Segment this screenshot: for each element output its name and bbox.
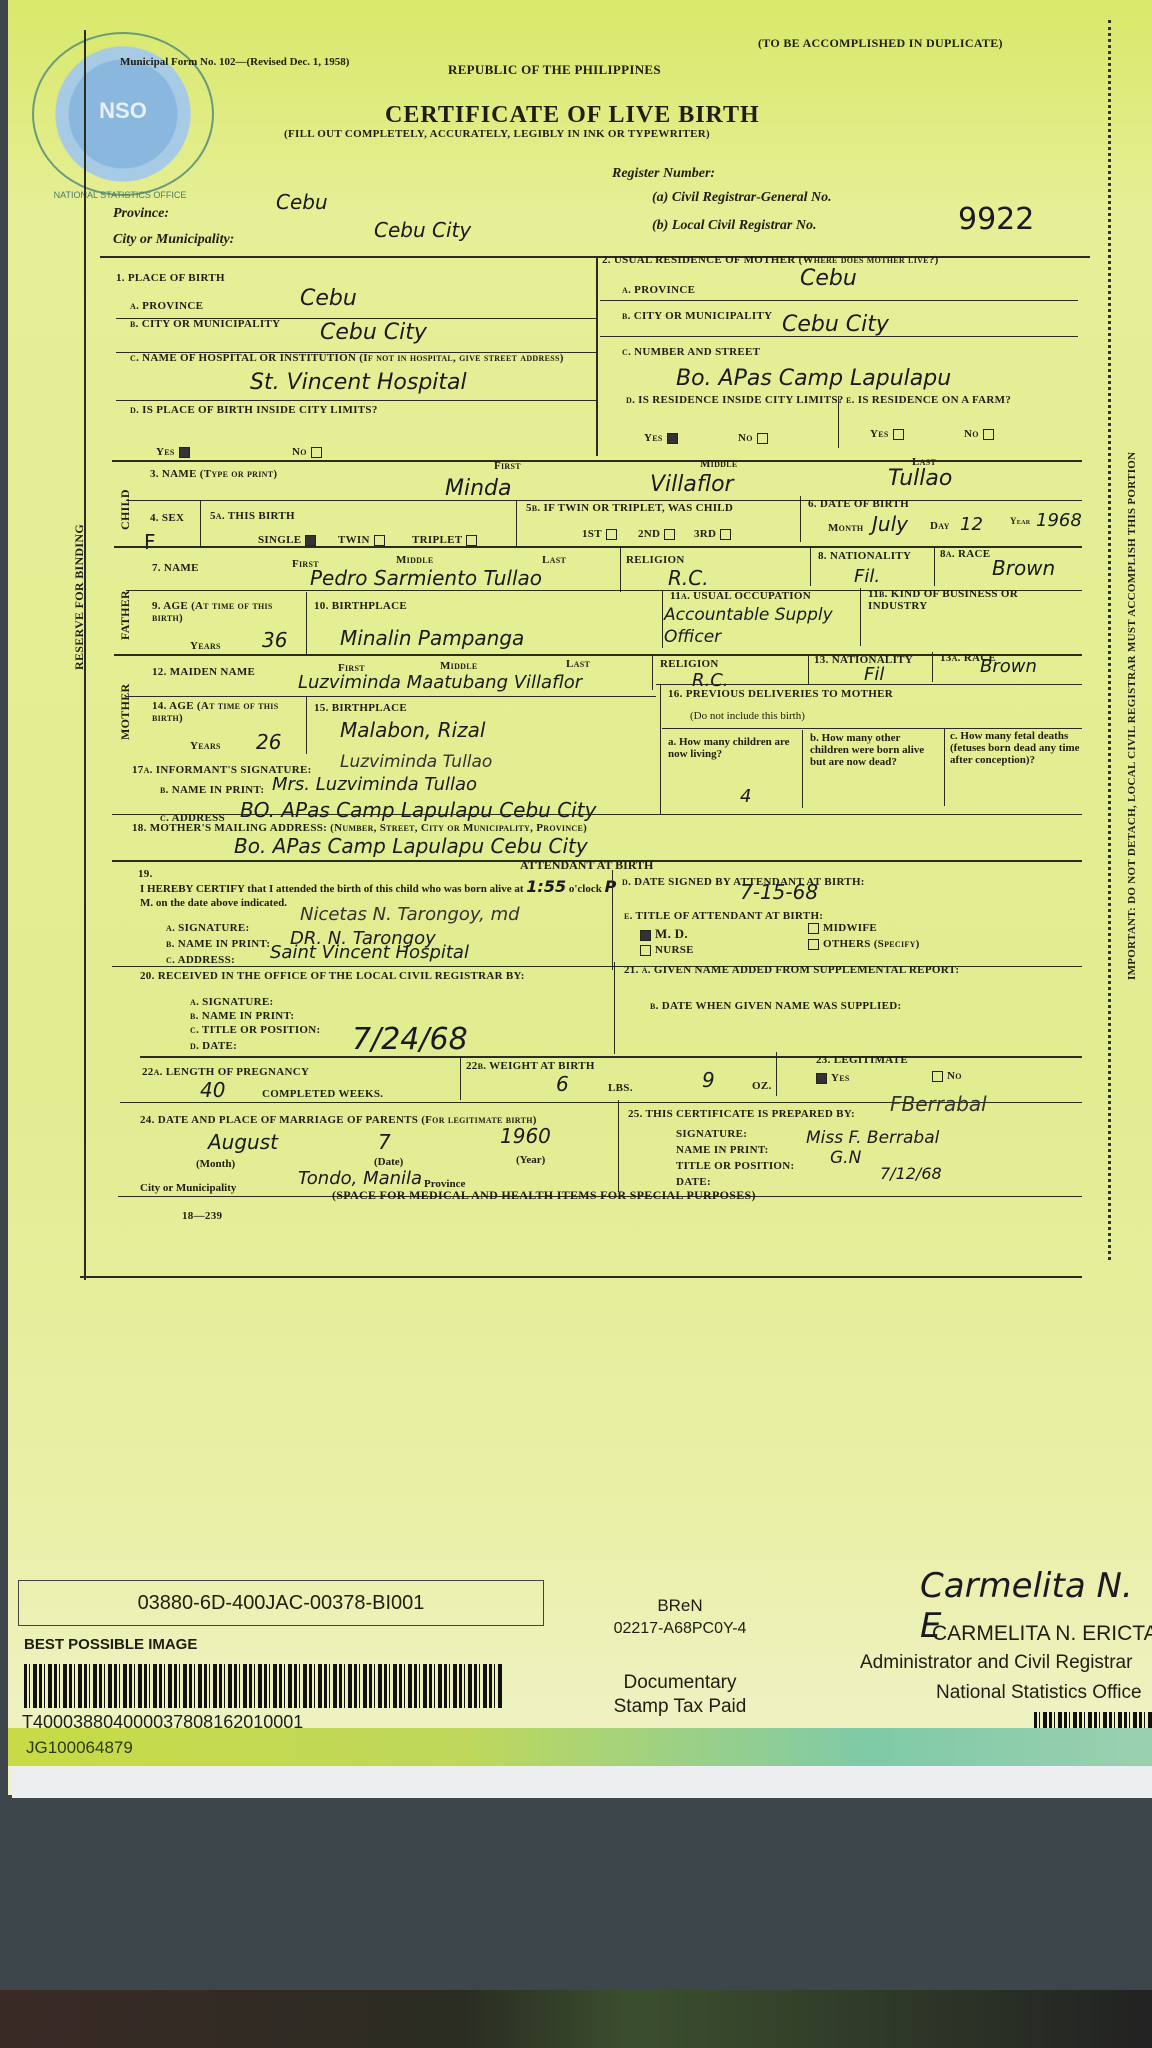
twin-option[interactable]: TWIN <box>338 534 389 546</box>
dob-year-label: Year <box>1010 516 1030 526</box>
page-title: CERTIFICATE OF LIVE BIRTH <box>385 102 760 129</box>
marriage-year-value: 1960 <box>500 1124 551 1148</box>
checkbox-icon <box>374 535 385 546</box>
second-order-option[interactable]: 2ND <box>638 528 679 540</box>
detach-note: IMPORTANT: DO NOT DETACH, LOCAL CIVIL RE… <box>1126 452 1138 980</box>
fetal-deaths-label: c. How many fetal deaths (fetuses born d… <box>950 730 1080 766</box>
pob-hospital-label: c. NAME OF HOSPITAL OR INSTITUTION (If n… <box>130 352 590 364</box>
pob-city-value: Cebu City <box>320 320 427 345</box>
checkbox-checked-icon <box>816 1073 827 1084</box>
attendant-address-value: Saint Vincent Hospital <box>270 942 469 963</box>
checkbox-icon <box>932 1071 943 1082</box>
attendant-title-label: e. TITLE OF ATTENDANT AT BIRTH: <box>624 910 823 922</box>
checkbox-checked-icon <box>179 447 190 458</box>
first-order-label: 1ST <box>582 528 602 540</box>
divider <box>660 684 661 814</box>
res-inside-no-option[interactable]: No <box>738 432 772 444</box>
received-name-label: b. NAME IN PRINT: <box>190 1010 294 1022</box>
divider <box>460 1056 461 1100</box>
pob-hospital-value: St. Vincent Hospital <box>250 370 467 395</box>
mother-religion-label: RELIGION <box>660 658 719 670</box>
mother-years-label: Years <box>190 740 221 752</box>
divider <box>802 730 803 808</box>
res-inside-city-label: d. IS RESIDENCE INSIDE CITY LIMITS? <box>626 394 846 406</box>
marriage-date-label: (Date) <box>374 1156 403 1168</box>
no-label: No <box>947 1070 962 1082</box>
attendant-address-label: c. ADDRESS: <box>166 954 235 966</box>
divider <box>652 654 653 690</box>
security-number: JG100064879 <box>26 1738 133 1758</box>
register-number-label: Register Number: <box>612 166 715 182</box>
this-birth-label: 5a. THIS BIRTH <box>210 510 295 522</box>
divider <box>776 1052 777 1096</box>
checkbox-icon <box>757 433 768 444</box>
fill-instructions: (FILL OUT COMPLETELY, ACCURATELY, LEGIBL… <box>284 128 710 140</box>
twin-label: TWIN <box>338 534 370 546</box>
informant-signature: Luzviminda Tullao <box>340 752 492 772</box>
res-city-value: Cebu City <box>782 312 889 337</box>
dob-day-value: 12 <box>960 514 983 535</box>
others-label: OTHERS (Specify) <box>823 938 920 950</box>
res-street-value: Bo. APas Camp Lapulapu <box>676 366 951 391</box>
barcode-number: T400038804000037808162010001 <box>22 1712 303 1733</box>
meridiem-value: P <box>605 877 617 896</box>
mother-middle-label: Middle <box>440 660 478 672</box>
child-first-label: First <box>494 460 521 472</box>
informant-name-label: b. NAME IN PRINT: <box>160 784 264 796</box>
given-name-label: 21. a. GIVEN NAME ADDED FROM SUPPLEMENTA… <box>624 964 959 976</box>
form-number: Municipal Form No. 102—(Revised Dec. 1, … <box>120 56 349 68</box>
form-bottom-border <box>80 1276 1082 1278</box>
prepared-date-value: 7/12/68 <box>880 1164 942 1183</box>
md-option[interactable]: M. D. <box>636 926 688 942</box>
mother-name-label: 12. MAIDEN NAME <box>152 666 255 678</box>
divider <box>932 652 933 682</box>
res-inside-yes-option[interactable]: Yes <box>644 432 682 444</box>
checkbox-icon <box>983 429 994 440</box>
place-of-birth-heading: 1. PLACE OF BIRTH <box>116 272 225 284</box>
checkbox-icon <box>808 939 819 950</box>
prepared-by-signature: FBerrabal <box>890 1092 987 1116</box>
mailing-address-value: Bo. APas Camp Lapulapu Cebu City <box>234 834 588 858</box>
checkbox-icon <box>311 447 322 458</box>
weight-oz-value: 9 <box>702 1068 715 1092</box>
father-age-value: 36 <box>262 628 287 652</box>
oz-label: OZ. <box>752 1080 772 1092</box>
father-race-value: Brown <box>992 556 1055 580</box>
previous-deliveries-label: 16. PREVIOUS DELIVERIES TO MOTHER <box>668 688 893 700</box>
prepared-signature-label: SIGNATURE: <box>676 1128 747 1140</box>
attendant-heading: ATTENDANT AT BIRTH <box>520 858 653 873</box>
midwife-option[interactable]: MIDWIFE <box>804 922 877 934</box>
father-nationality-label: 8. NATIONALITY <box>818 550 911 562</box>
father-birthplace-label: 10. BIRTHPLACE <box>314 600 407 612</box>
yes-label: Yes <box>831 1072 850 1084</box>
divider <box>306 592 307 654</box>
child-group-label: CHILD <box>118 489 133 530</box>
bren-value: 02217-A68PC0Y-4 <box>560 1620 800 1638</box>
father-birthplace-value: Minalin Pampanga <box>340 626 524 650</box>
father-years-label: Years <box>190 640 221 652</box>
child-middle-label: Middle <box>700 458 738 470</box>
divider <box>114 546 1082 548</box>
divider <box>838 396 839 448</box>
table-surface <box>0 1990 1152 2048</box>
divider <box>800 496 801 542</box>
divider <box>200 500 201 546</box>
local-civil-registrar-value: 9922 <box>958 202 1034 237</box>
after-time-text: M. on the date above indicated. <box>140 897 287 909</box>
nurse-option[interactable]: NURSE <box>636 944 694 956</box>
oclock-text: o'clock <box>569 883 602 895</box>
father-name-label: 7. NAME <box>152 562 199 574</box>
child-sex-label: 4. SEX <box>150 512 184 524</box>
legitimate-no-option[interactable]: No <box>928 1070 962 1082</box>
legitimate-yes-option[interactable]: Yes <box>812 1072 850 1084</box>
father-nationality-value: Fil. <box>854 566 880 587</box>
marriage-city-label: City or Municipality <box>140 1182 236 1194</box>
father-age-label: 9. AGE (At time of this birth) <box>152 600 302 624</box>
stamp-tax-line1: Documentary <box>560 1672 800 1694</box>
living-children-label: a. How many children are now living? <box>668 736 798 760</box>
father-religion-value: R.C. <box>668 566 709 590</box>
res-farm-label: e. IS RESIDENCE ON A FARM? <box>846 394 1011 406</box>
father-full-name: Pedro Sarmiento Tullao <box>310 566 542 590</box>
binding-note: RESERVE FOR BINDING <box>72 524 87 670</box>
perforation-line <box>1108 20 1111 1260</box>
nurse-label: NURSE <box>655 944 694 956</box>
prepared-name-label: NAME IN PRINT: <box>676 1144 769 1156</box>
received-label: 20. RECEIVED IN THE OFFICE OF THE LOCAL … <box>140 970 525 982</box>
bren-label: BReN <box>600 1596 760 1616</box>
civil-registrar-general-label: (a) Civil Registrar-General No. <box>652 190 832 206</box>
mother-group-label: MOTHER <box>118 684 133 740</box>
received-title-label: c. TITLE OR POSITION: <box>190 1024 320 1036</box>
father-race-label: 8a. RACE <box>940 548 990 560</box>
republic-heading: REPUBLIC OF THE PHILIPPINES <box>448 62 661 78</box>
pob-inside-city-label: d. IS PLACE OF BIRTH INSIDE CITY LIMITS? <box>130 404 378 416</box>
father-middle-label: Middle <box>396 554 434 566</box>
yes-label: Yes <box>870 428 889 440</box>
mother-race-value: Brown <box>980 656 1037 677</box>
res-farm-no-option[interactable]: No <box>964 428 998 440</box>
mother-last-label: Last <box>566 658 590 670</box>
weeks-label: COMPLETED WEEKS. <box>262 1088 383 1100</box>
divider <box>620 546 621 592</box>
divider <box>808 654 809 684</box>
res-province-label: a. PROVINCE <box>622 284 695 296</box>
divider <box>600 300 1078 301</box>
single-label: SINGLE <box>258 534 301 546</box>
pob-no-option[interactable]: No <box>292 446 326 458</box>
divider <box>662 590 663 648</box>
checkbox-icon <box>640 945 651 956</box>
divider <box>516 500 517 546</box>
pob-yes-option[interactable]: Yes <box>156 446 194 458</box>
child-first-name: Minda <box>445 476 511 501</box>
child-last-name: Tullao <box>888 466 952 491</box>
child-middle-name: Villaflor <box>650 472 734 497</box>
pregnancy-length-label: 22a. LENGTH OF PREGNANCY <box>142 1066 309 1078</box>
header-province-value: Cebu <box>276 190 328 214</box>
divider <box>140 1056 1082 1058</box>
barcode-icon <box>24 1664 504 1708</box>
mother-birthplace-label: 15. BIRTHPLACE <box>314 702 407 714</box>
legitimate-label: 23. LEGITIMATE <box>816 1054 908 1066</box>
third-order-option[interactable]: 3RD <box>694 528 735 540</box>
first-order-option[interactable]: 1ST <box>582 528 621 540</box>
divider <box>116 400 596 401</box>
prepared-name-value: Miss F. Berrabal <box>806 1128 939 1148</box>
mother-nationality-value: Fil <box>864 664 884 685</box>
twin-order-label: 5b. IF TWIN OR TRIPLET, WAS CHILD <box>526 502 733 514</box>
received-date-value: 7/24/68 <box>352 1022 468 1057</box>
divider <box>810 546 811 586</box>
stamp-tax-line2: Stamp Tax Paid <box>560 1696 800 1718</box>
attendant-number: 19. <box>138 868 153 880</box>
divider <box>306 696 307 754</box>
res-province-value: Cebu <box>800 266 857 291</box>
attendant-signature: Nicetas N. Tarongoy, md <box>300 904 520 925</box>
marriage-month-value: August <box>208 1130 278 1154</box>
divider <box>100 256 1090 258</box>
divider <box>126 696 656 697</box>
father-business-label: 11b. KIND OF BUSINESS OR INDUSTRY <box>868 588 1078 612</box>
no-label: No <box>292 446 307 458</box>
official-name: CARMELITA N. ERICTA <box>932 1622 1152 1646</box>
received-signature-label: a. SIGNATURE: <box>190 996 273 1008</box>
prepared-by-label: 25. THIS CERTIFICATE IS PREPARED BY: <box>628 1108 855 1120</box>
checkbox-icon <box>720 529 731 540</box>
paper-edge <box>12 1766 1152 1798</box>
divider <box>114 654 1082 656</box>
divider <box>944 728 945 806</box>
checkbox-icon <box>893 429 904 440</box>
informant-address-value: BO. APas Camp Lapulapu Cebu City <box>240 798 596 822</box>
mother-age-value: 26 <box>256 730 281 754</box>
checkbox-icon <box>664 529 675 540</box>
prepared-title-value: G.N <box>830 1148 861 1168</box>
checkbox-icon <box>808 923 819 934</box>
divider <box>860 588 861 646</box>
marriage-year-label: (Year) <box>516 1154 545 1166</box>
dob-label: 6. DATE OF BIRTH <box>808 498 909 510</box>
child-sex-value: F <box>144 530 156 554</box>
divider <box>614 962 615 1054</box>
res-street-label: c. NUMBER AND STREET <box>622 346 760 358</box>
checkbox-checked-icon <box>305 535 316 546</box>
received-date-label: d. DATE: <box>190 1040 237 1052</box>
father-occupation-label: 11a. USUAL OCCUPATION <box>670 590 811 602</box>
special-purposes-note: (SPACE FOR MEDICAL AND HEALTH ITEMS FOR … <box>332 1188 756 1203</box>
divider <box>618 1100 619 1192</box>
divider <box>656 684 1082 685</box>
checkbox-icon <box>466 535 477 546</box>
second-order-label: 2ND <box>638 528 660 540</box>
yes-label: Yes <box>644 432 663 444</box>
prepared-date-label: DATE: <box>676 1176 711 1188</box>
certify-statement: I HEREBY CERTIFY that I attended the bir… <box>140 883 524 895</box>
triplet-label: TRIPLET <box>412 534 462 546</box>
form-code: 18—239 <box>182 1210 222 1222</box>
best-image-note: BEST POSSIBLE IMAGE <box>24 1636 197 1653</box>
marriage-city-value: Tondo, Manila <box>298 1168 422 1189</box>
micro-barcode-icon <box>1034 1712 1152 1728</box>
mother-age-label: 14. AGE (At time of this birth) <box>152 700 302 724</box>
no-label: No <box>738 432 753 444</box>
triplet-option[interactable]: TRIPLET <box>412 534 481 546</box>
header-province-label: Province: <box>113 206 169 222</box>
midwife-label: MIDWIFE <box>823 922 877 934</box>
dead-children-label: b. How many other children were born ali… <box>810 732 940 768</box>
divider <box>596 256 598 456</box>
dob-month-label: Month <box>828 522 863 534</box>
others-option[interactable]: OTHERS (Specify) <box>804 938 920 950</box>
local-civil-registrar-label: (b) Local Civil Registrar No. <box>652 218 817 234</box>
marriage-month-label: (Month) <box>196 1158 235 1170</box>
father-last-label: Last <box>542 554 566 566</box>
divider <box>126 500 1082 501</box>
divider <box>112 814 1082 815</box>
weight-label: 22b. WEIGHT AT BIRTH <box>466 1060 595 1072</box>
mother-birthplace-value: Malabon, Rizal <box>340 718 485 742</box>
divider <box>934 546 935 586</box>
header-city-value: Cebu City <box>374 218 471 242</box>
pob-city-label: b. CITY OR MUNICIPALITY <box>130 318 280 330</box>
no-label: No <box>964 428 979 440</box>
checkbox-checked-icon <box>640 930 651 941</box>
divider <box>600 336 1078 337</box>
date-supplied-label: b. DATE WHEN GIVEN NAME WAS SUPPLIED: <box>650 1000 901 1012</box>
dob-year-value: 1968 <box>1036 510 1082 531</box>
weight-lbs-value: 6 <box>556 1072 569 1096</box>
security-strip <box>8 1728 1152 1766</box>
duplicate-note: (TO BE ACCOMPLISHED IN DUPLICATE) <box>758 36 1003 51</box>
seal-caption: NATIONAL STATISTICS OFFICE <box>30 190 210 200</box>
marriage-label: 24. DATE AND PLACE OF MARRIAGE OF PARENT… <box>140 1114 537 1126</box>
md-label: M. D. <box>655 926 688 941</box>
lbs-label: LBS. <box>608 1082 633 1094</box>
father-group-label: FATHER <box>118 590 133 640</box>
dob-month-value: July <box>872 512 908 536</box>
divider <box>612 870 613 970</box>
yes-label: Yes <box>156 446 175 458</box>
checkbox-icon <box>606 529 617 540</box>
divider <box>112 460 1082 462</box>
attendant-signature-label: a. SIGNATURE: <box>166 922 249 934</box>
pregnancy-length-value: 40 <box>200 1078 225 1102</box>
third-order-label: 3RD <box>694 528 716 540</box>
divider <box>662 728 1082 729</box>
pob-province-label: a. PROVINCE <box>130 300 203 312</box>
pob-province-value: Cebu <box>300 286 357 311</box>
header-city-label: City or Municipality: <box>113 232 234 248</box>
previous-deliveries-note: (Do not include this birth) <box>690 710 805 722</box>
informant-name-value: Mrs. Luzviminda Tullao <box>272 774 477 795</box>
official-title-line1: Administrator and Civil Registrar <box>860 1652 1132 1674</box>
mother-full-name: Luzviminda Maatubang Villaflor <box>298 672 582 693</box>
res-city-label: b. CITY OR MUNICIPALITY <box>622 310 772 322</box>
official-title-line2: National Statistics Office <box>936 1682 1142 1704</box>
living-children-value: 4 <box>740 786 751 807</box>
birth-time-value: 1:55 <box>526 877 566 896</box>
dob-day-label: Day <box>930 520 950 532</box>
attendant-name-label: b. NAME IN PRINT: <box>166 938 270 950</box>
mailing-address-label: 18. MOTHER'S MAILING ADDRESS: (Number, S… <box>132 822 587 834</box>
father-occupation-value: Accountable Supply Officer <box>664 604 864 648</box>
date-signed-value: 7-15-68 <box>740 880 818 904</box>
prepared-title-label: TITLE OR POSITION: <box>676 1160 794 1172</box>
father-religion-label: RELIGION <box>626 554 685 566</box>
child-name-label: 3. NAME (Type or print) <box>150 468 277 480</box>
single-option[interactable]: SINGLE <box>258 534 320 546</box>
res-farm-yes-option[interactable]: Yes <box>870 428 908 440</box>
document-code-box: 03880-6D-400JAC-00378-BI001 <box>18 1580 544 1626</box>
checkbox-checked-icon <box>667 433 678 444</box>
mother-residence-heading: 2. USUAL RESIDENCE OF MOTHER (Where does… <box>602 254 939 266</box>
marriage-date-value: 7 <box>378 1130 391 1154</box>
